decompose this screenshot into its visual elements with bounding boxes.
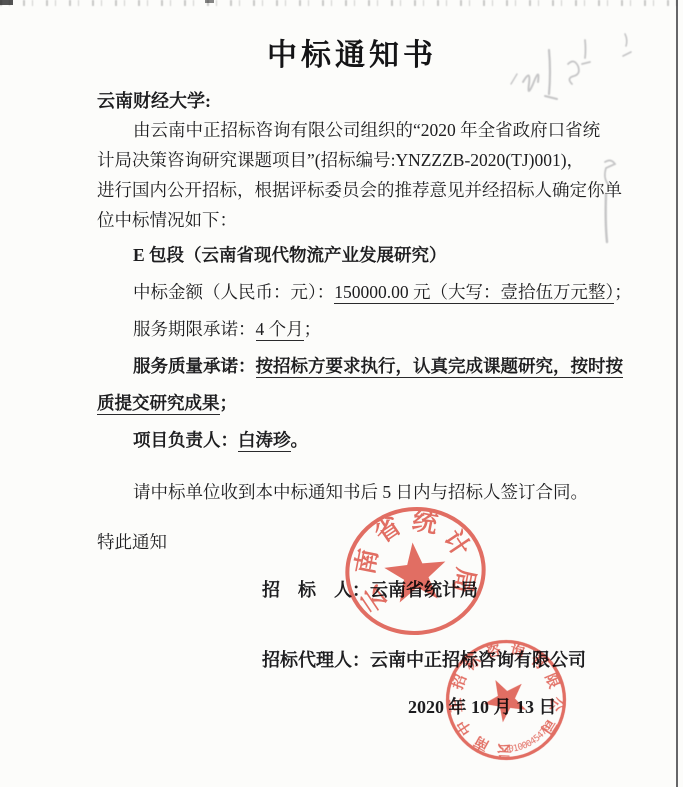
- seal-code-digit: 1: [512, 743, 519, 754]
- quality-value-part1: 按招标方要求执行，认真完成课题研究，按时按: [256, 356, 624, 378]
- seal-code-digit: 2: [544, 719, 555, 729]
- seal-code-digit: 7: [539, 727, 550, 738]
- seal-code-digit: 5: [499, 744, 505, 754]
- period-label: 服务期限承诺：: [133, 319, 256, 339]
- intro-line: 进行国内公开招标，根据评标委员会的推荐意见并经招标人确定你单: [97, 175, 607, 205]
- seal-code-digit: 4: [529, 736, 539, 747]
- seal-code-digit: 0: [508, 744, 514, 755]
- seal-char: 云: [496, 741, 512, 759]
- service-quality-wrap-line: 质提交研究成果；: [97, 385, 607, 422]
- award-details: E 包段（云南省现代物流产业发展研究） 中标金额（人民币：元）：150000.0…: [97, 237, 607, 459]
- quality-suffix: ；: [220, 393, 238, 413]
- package-line: E 包段（云南省现代物流产业发展研究）: [97, 237, 607, 274]
- agent-name: 云南中正招标咨询有限公司: [370, 650, 586, 670]
- bidder-name: 云南省统计局: [370, 580, 478, 600]
- service-period-line: 服务期限承诺：4 个月；: [97, 311, 607, 348]
- quality-label: 服务质量承诺：: [133, 356, 256, 376]
- amount-label: 中标金额（人民币：元）：: [133, 282, 334, 302]
- award-notice-document: 中标通知书 云南财经大学: 由云南中正招标咨询有限公司组织的“2020 年全省政…: [0, 0, 683, 787]
- scan-mark-corner: [0, 0, 13, 5]
- leader-label: 项目负责人：: [133, 430, 238, 450]
- seal-code-digit: 4: [536, 730, 547, 741]
- intro-paragraph: 由云南中正招标咨询有限公司组织的“2020 年全省政府口省统 计局决策咨询研究课…: [97, 115, 607, 235]
- project-leader-line: 项目负责人：白涛珍。: [97, 422, 607, 459]
- seal-code-digit: 0: [517, 742, 525, 753]
- intro-line: 位中标情况如下：: [97, 205, 607, 235]
- seal-code-digit: 0: [525, 738, 534, 749]
- amount-suffix: ；: [614, 282, 632, 302]
- seal-char: 中: [453, 716, 475, 738]
- document-date: 2020 年 10 月 13 日: [408, 695, 607, 719]
- scan-mark-top: [205, 0, 214, 3]
- document-title: 中标通知书: [97, 36, 607, 75]
- scan-noise-top: [0, 0, 683, 6]
- closing-phrase: 特此通知: [97, 530, 607, 554]
- seal-code-digit: 5: [532, 733, 542, 744]
- bidder-signature-line: 招 标 人：云南省统计局: [262, 578, 607, 602]
- agent-label: 招标代理人：: [262, 650, 370, 670]
- amount-value: 150000.00 元（大写：壹拾伍万元整）: [334, 282, 614, 304]
- leader-suffix: 。: [291, 430, 309, 450]
- scan-edge-line: [676, 0, 678, 787]
- intro-line: 由云南中正招标咨询有限公司组织的“2020 年全省政府口省统: [97, 115, 607, 145]
- seal-code-digit: 0: [521, 740, 530, 751]
- leader-value: 白涛珍: [238, 430, 291, 452]
- recipient-name: 云南财经大学:: [97, 89, 607, 113]
- bidder-label: 招 标 人：: [262, 580, 370, 600]
- period-suffix: ；: [304, 319, 322, 339]
- period-value: 4 个月: [256, 319, 304, 341]
- intro-line: 计局决策咨询研究课题项目”(招标编号:YNZZZB-2020(TJ)001)，: [97, 145, 607, 175]
- award-amount-line: 中标金额（人民币：元）：150000.00 元（大写：壹拾伍万元整）；: [97, 274, 607, 311]
- service-quality-line: 服务质量承诺：按招标方要求执行，认真完成课题研究，按时按: [97, 348, 607, 385]
- seal-code-digit: 3: [504, 745, 509, 755]
- seal-char: 南: [470, 732, 492, 755]
- quality-value-part2: 质提交研究成果: [97, 393, 220, 415]
- contract-instruction: 请中标单位收到本中标通知书后 5 日内与招标人签订合同。: [97, 480, 607, 504]
- seal-code-digit: 0: [541, 723, 552, 733]
- agent-signature-line: 招标代理人：云南中正招标咨询有限公司: [262, 648, 607, 672]
